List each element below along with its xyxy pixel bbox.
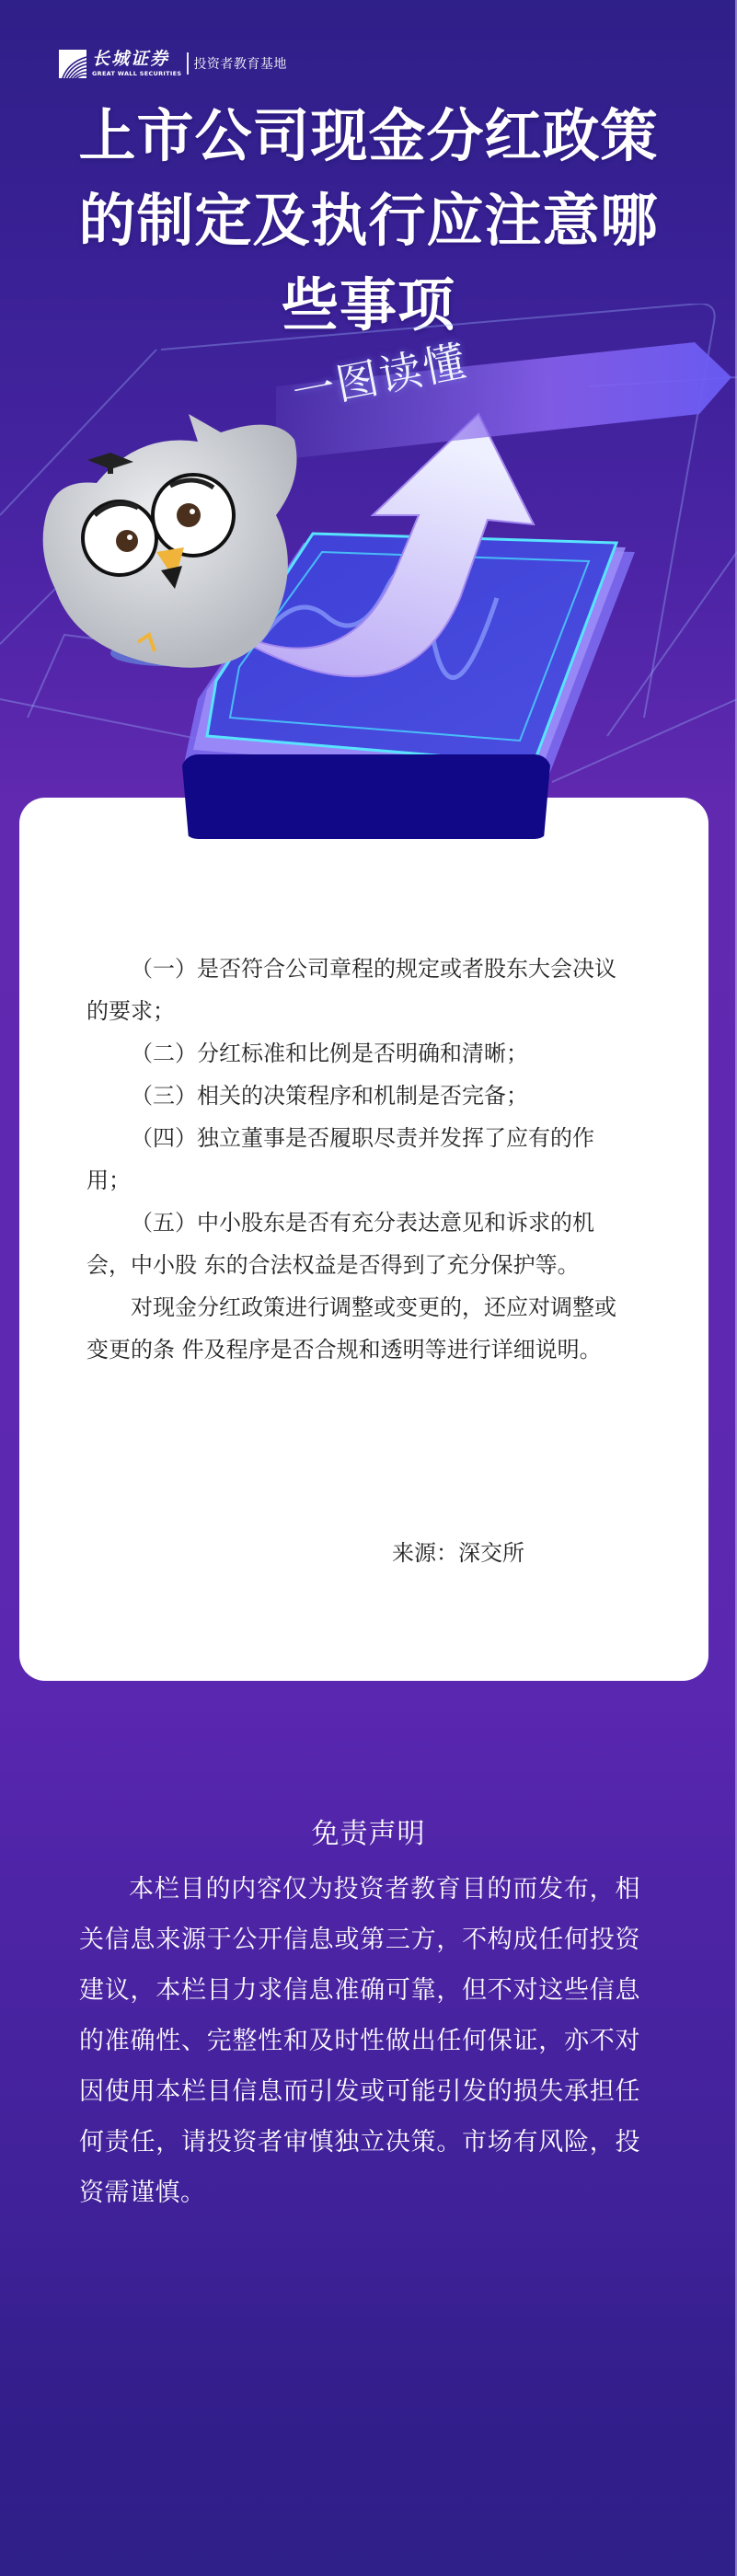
title-line-1: 上市公司现金分红政策 [28, 94, 709, 178]
brand-name-cn: 长城证券 [92, 51, 181, 68]
card-header-tab [181, 754, 551, 839]
source-note: 来源：深交所 [392, 1535, 524, 1567]
paragraph-1: （一）是否符合公司章程的规定或者股东大会决议的要求； [86, 948, 635, 1032]
brand-name-en: GREAT WALL SECURITIES [92, 71, 181, 77]
disclaimer-title: 免责声明 [0, 1811, 737, 1851]
paragraph-3: （三）相关的决策程序和机制是否完备； [86, 1075, 635, 1117]
brand-subtitle: 投资者教育基地 [193, 54, 287, 73]
card-body-text: （一）是否符合公司章程的规定或者股东大会决议的要求； （二）分红标准和比例是否明… [86, 948, 635, 1371]
owl-mascot [43, 414, 297, 668]
paragraph-2: （二）分红标准和比例是否明确和清晰； [86, 1032, 635, 1075]
title-line-2: 的制定及执行应注意哪 [28, 178, 709, 263]
brand-logo: 长城证券 GREAT WALL SECURITIES 投资者教育基地 [59, 48, 287, 79]
paragraph-5: （五）中小股东是否有充分表达意见和诉求的机会，中小股 东的合法权益是否得到了充分… [86, 1202, 635, 1286]
disclaimer-body: 本栏目的内容仅为投资者教育目的而发布，相关信息来源于公开信息或第三方，不构成任何… [79, 1864, 640, 2218]
great-wall-logo-icon [59, 50, 86, 78]
paragraph-4: （四）独立董事是否履职尽责并发挥了应有的作用； [86, 1117, 635, 1202]
logo-divider [187, 52, 189, 75]
paragraph-6: 对现金分红政策进行调整或变更的，还应对调整或变更的条 件及程序是否合规和透明等进… [86, 1286, 635, 1371]
